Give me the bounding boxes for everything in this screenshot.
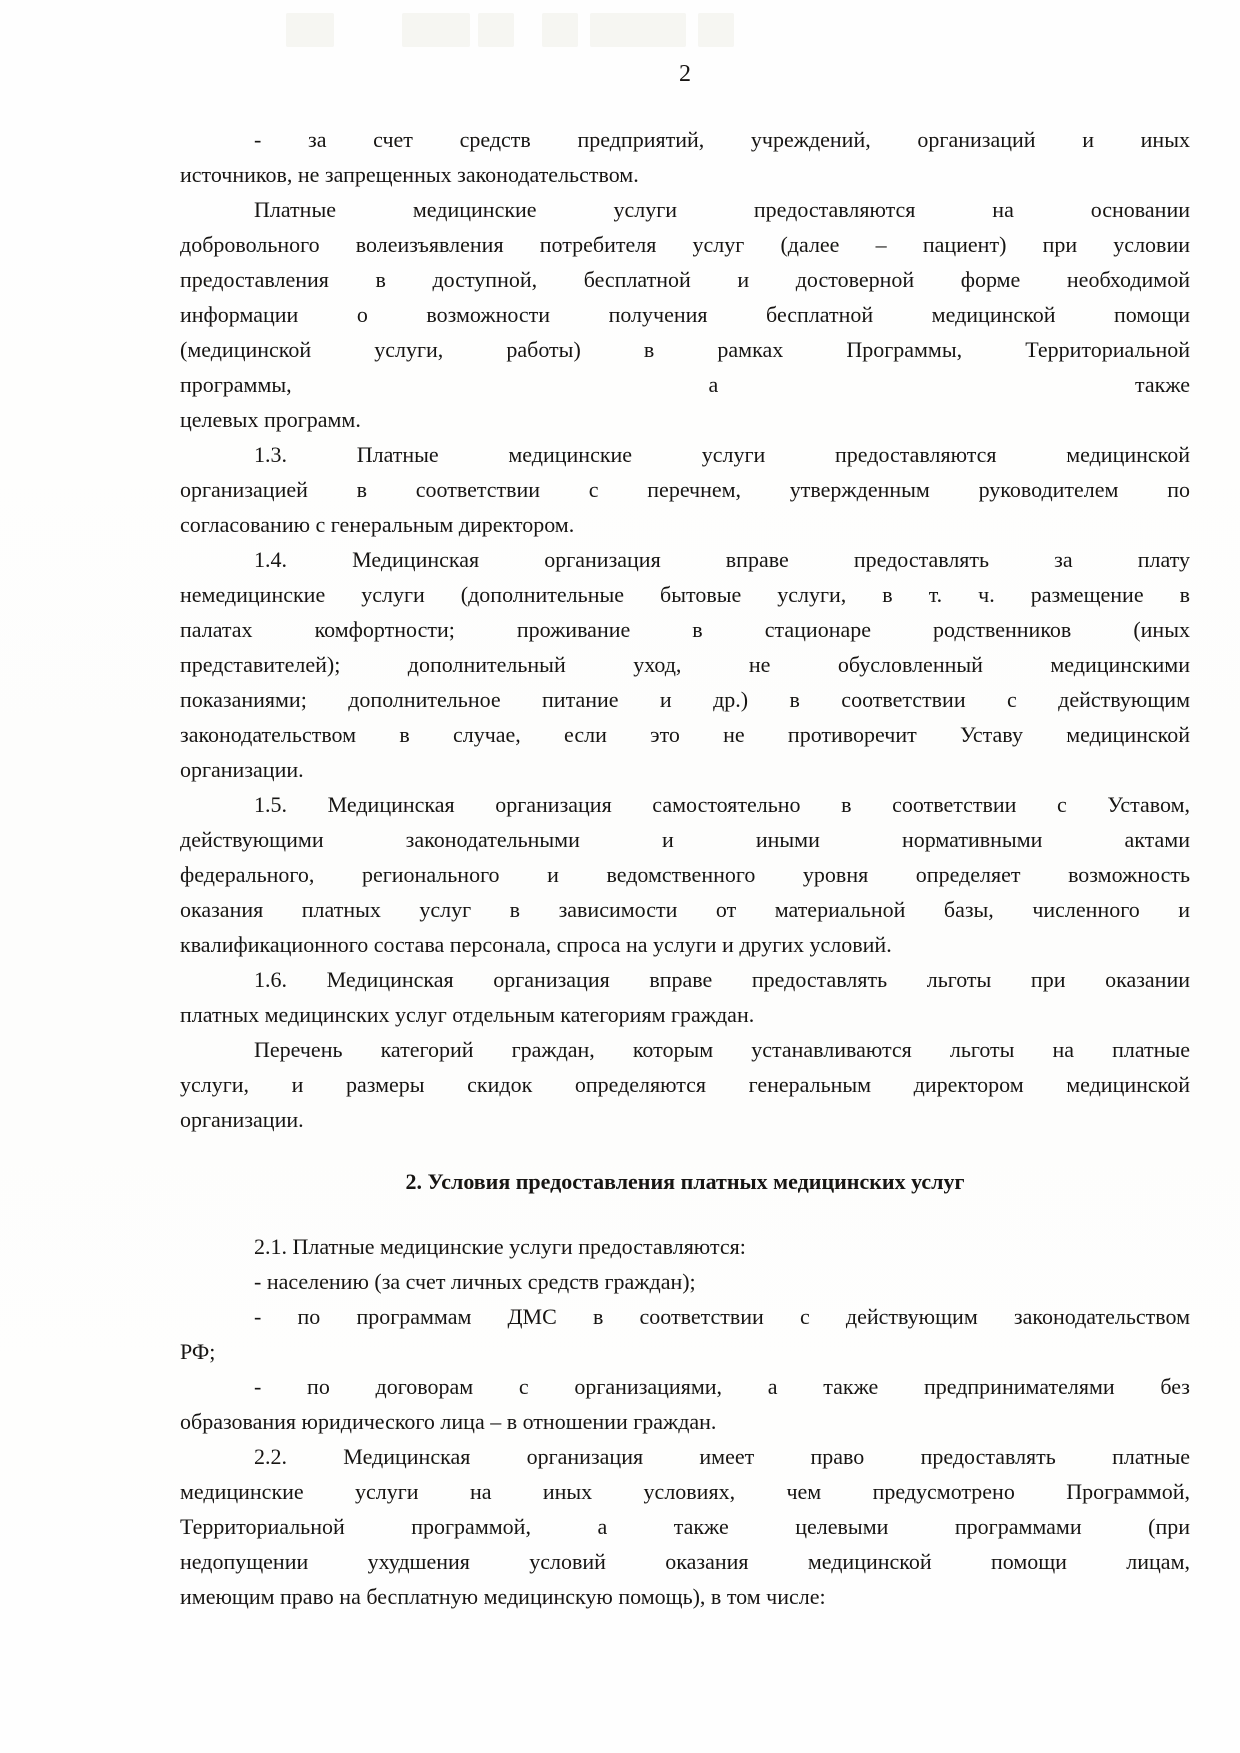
document-line: (медицинской услуги, работы) в рамках Пр… [180, 332, 1190, 367]
document-line: добровольного волеизъявления потребителя… [180, 227, 1190, 262]
document-line: 2.2. Медицинская организация имеет право… [180, 1439, 1190, 1474]
document-line: Перечень категорий граждан, которым уста… [180, 1032, 1190, 1067]
document-body: - за счет средств предприятий, учреждени… [180, 122, 1190, 1614]
page-number: 2 [180, 58, 1190, 90]
document-line: показаниями; дополнительное питание и др… [180, 682, 1190, 717]
section-heading: 2. Условия предоставления платных медици… [180, 1164, 1190, 1199]
document-line: информации о возможности получения беспл… [180, 297, 1190, 332]
document-line: Платные медицинские услуги предоставляют… [180, 192, 1190, 227]
document-line: программы, а также [180, 367, 1190, 402]
document-line: источников, не запрещенных законодательс… [180, 157, 1190, 192]
document-line: 2.1. Платные медицинские услуги предоста… [180, 1229, 1190, 1264]
document-line: - населению (за счет личных средств граж… [180, 1264, 1190, 1299]
document-line: платных медицинских услуг отдельным кате… [180, 997, 1190, 1032]
document-line: организации. [180, 752, 1190, 787]
document-line: оказания платных услуг в зависимости от … [180, 892, 1190, 927]
document-line: организацией в соответствии с перечнем, … [180, 472, 1190, 507]
document-line: Территориальной программой, а также целе… [180, 1509, 1190, 1544]
document-line: 1.4. Медицинская организация вправе пред… [180, 542, 1190, 577]
document-line: представителей); дополнительный уход, не… [180, 647, 1190, 682]
document-line: - за счет средств предприятий, учреждени… [180, 122, 1190, 157]
document-line: палатах комфортности; проживание в стаци… [180, 612, 1190, 647]
document-line: образования юридического лица – в отноше… [180, 1404, 1190, 1439]
document-line: федерального, регионального и ведомствен… [180, 857, 1190, 892]
document-line: действующими законодательными и иными но… [180, 822, 1190, 857]
document-line: РФ; [180, 1334, 1190, 1369]
document-line: предоставления в доступной, бесплатной и… [180, 262, 1190, 297]
text-column: 2 - за счет средств предприятий, учрежде… [180, 0, 1190, 1614]
document-line: имеющим право на бесплатную медицинскую … [180, 1579, 1190, 1614]
document-line: 1.3. Платные медицинские услуги предоста… [180, 437, 1190, 472]
document-line: целевых программ. [180, 402, 1190, 437]
document-line: квалификационного состава персонала, спр… [180, 927, 1190, 962]
document-line: немедицинские услуги (дополнительные быт… [180, 577, 1190, 612]
document-line: согласованию с генеральным директором. [180, 507, 1190, 542]
document-line: медицинские услуги на иных условиях, чем… [180, 1474, 1190, 1509]
document-line: - по договорам с организациями, а также … [180, 1369, 1190, 1404]
document-page: 2 - за счет средств предприятий, учрежде… [0, 0, 1240, 1753]
document-line: 1.6. Медицинская организация вправе пред… [180, 962, 1190, 997]
document-line: - по программам ДМС в соответствии с дей… [180, 1299, 1190, 1334]
document-line: законодательством в случае, если это не … [180, 717, 1190, 752]
document-line: услуги, и размеры скидок определяются ге… [180, 1067, 1190, 1102]
document-line: организации. [180, 1102, 1190, 1137]
document-line: недопущении ухудшения условий оказания м… [180, 1544, 1190, 1579]
document-line: 1.5. Медицинская организация самостоятел… [180, 787, 1190, 822]
